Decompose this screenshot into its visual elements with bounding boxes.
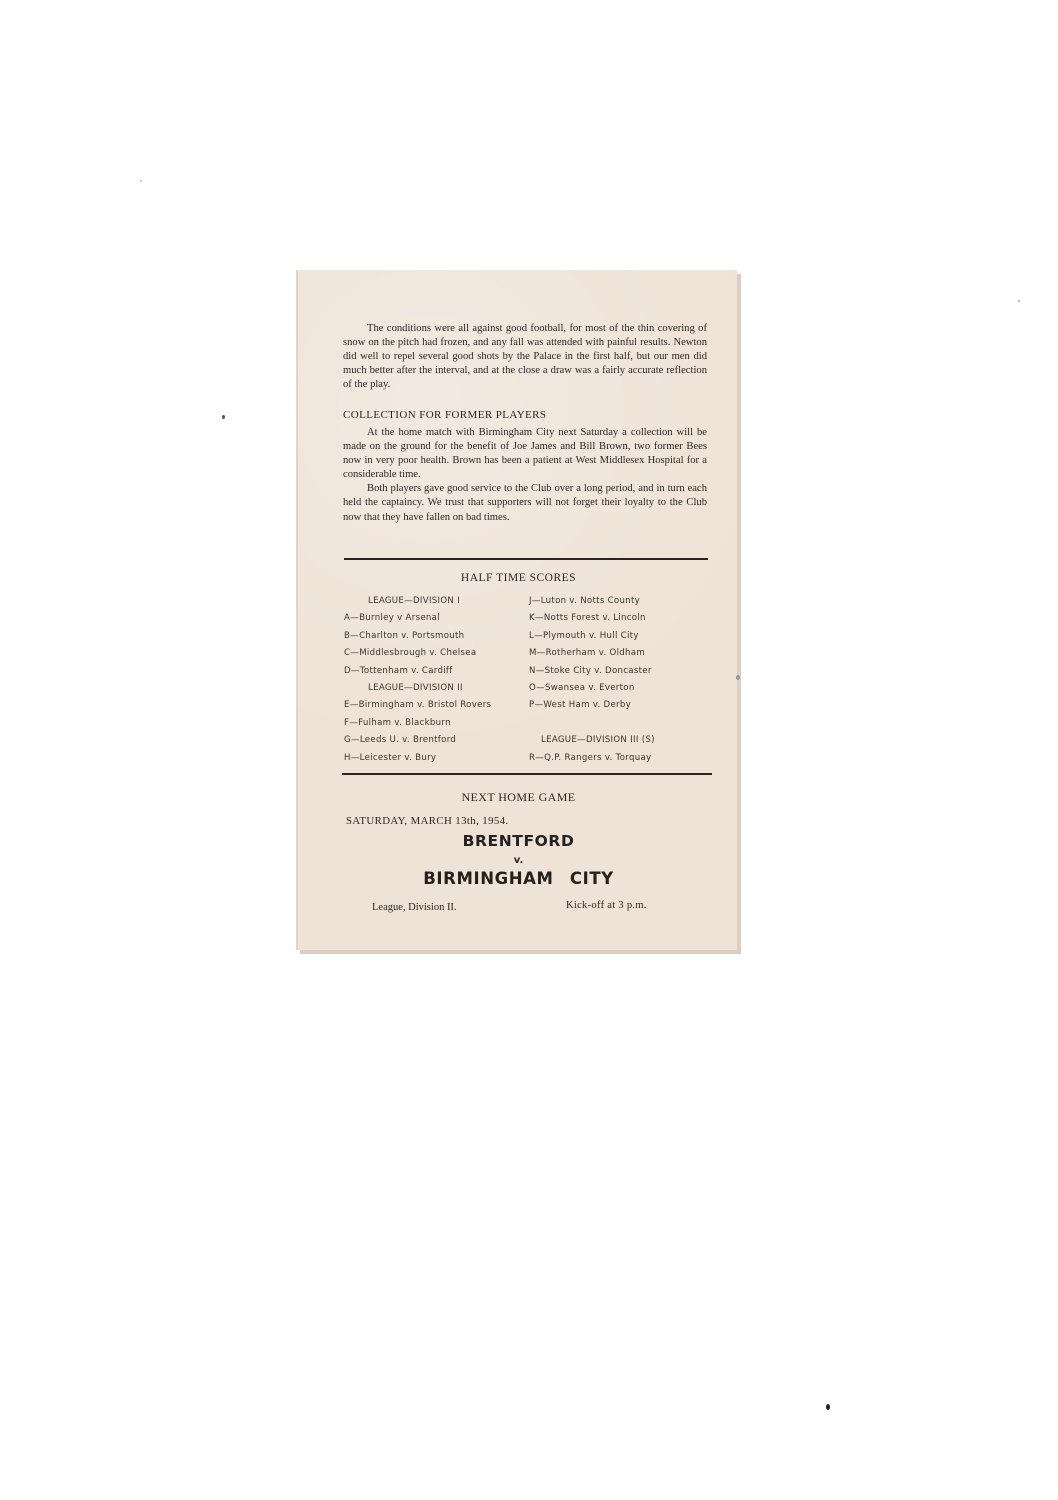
fixture-item: N—Stoke City v. Doncaster [529, 663, 719, 680]
scan-speck [1018, 300, 1020, 302]
fixture-item: K—Notts Forest v. Lincoln [529, 610, 719, 627]
fixture-item: A—Burnley v Arsenal [344, 610, 524, 627]
fixture-item: R—Q.P. Rangers v. Torquay [529, 750, 719, 767]
fixture-item: B—Charlton v. Portsmouth [344, 628, 524, 645]
collection-text: At the home match with Birmingham City n… [343, 426, 707, 525]
fixture-item: D—Tottenham v. Cardiff [344, 663, 524, 680]
fixture-item: E—Birmingham v. Bristol Rovers [344, 697, 524, 714]
scan-speck [736, 675, 740, 680]
scan-speck [222, 415, 225, 419]
fixture-item: L—Plymouth v. Hull City [529, 628, 719, 645]
home-team: BRENTFORD [298, 832, 739, 850]
fixture-item: O—Swansea v. Everton [529, 680, 719, 697]
match-report-paragraph: The conditions were all against good foo… [343, 322, 707, 392]
scores-right-column: J—Luton v. Notts County K—Notts Forest v… [529, 593, 719, 767]
match-report: The conditions were all against good foo… [343, 322, 707, 392]
next-home-game-title: NEXT HOME GAME [298, 790, 739, 805]
divider-rule [342, 773, 712, 775]
collection-paragraph: At the home match with Birmingham City n… [343, 426, 707, 482]
half-time-scores-title: HALF TIME SCORES [298, 572, 739, 584]
scan-speck [826, 1404, 830, 1410]
competition-label: League, Division II. [372, 902, 457, 913]
versus-label: v. [298, 855, 739, 866]
fixture-item: G—Leeds U. v. Brentford [344, 732, 524, 749]
spacer [529, 715, 719, 732]
division-heading: LEAGUE—DIVISION III (S) [529, 732, 719, 749]
division-heading: LEAGUE—DIVISION I [344, 593, 524, 610]
fixture-item: P—West Ham v. Derby [529, 697, 719, 714]
scan-speck [140, 180, 142, 182]
scores-left-column: LEAGUE—DIVISION I A—Burnley v Arsenal B—… [344, 593, 524, 767]
fixture-item: J—Luton v. Notts County [529, 593, 719, 610]
collection-heading: COLLECTION FOR FORMER PLAYERS [343, 409, 546, 421]
collection-paragraph: Both players gave good service to the Cl… [343, 482, 707, 524]
division-heading: LEAGUE—DIVISION II [344, 680, 524, 697]
programme-page: The conditions were all against good foo… [296, 270, 737, 950]
fixture-item: C—Middlesbrough v. Chelsea [344, 645, 524, 662]
divider-rule [344, 558, 708, 560]
next-game-date: SATURDAY, MARCH 13th, 1954. [346, 815, 509, 827]
kickoff-time: Kick-off at 3 p.m. [566, 900, 647, 911]
fixture-item: H—Leicester v. Bury [344, 750, 524, 767]
away-team: BIRMINGHAM CITY [298, 869, 739, 888]
fixture-item: M—Rotherham v. Oldham [529, 645, 719, 662]
fixture-item: F—Fulham v. Blackburn [344, 715, 524, 732]
